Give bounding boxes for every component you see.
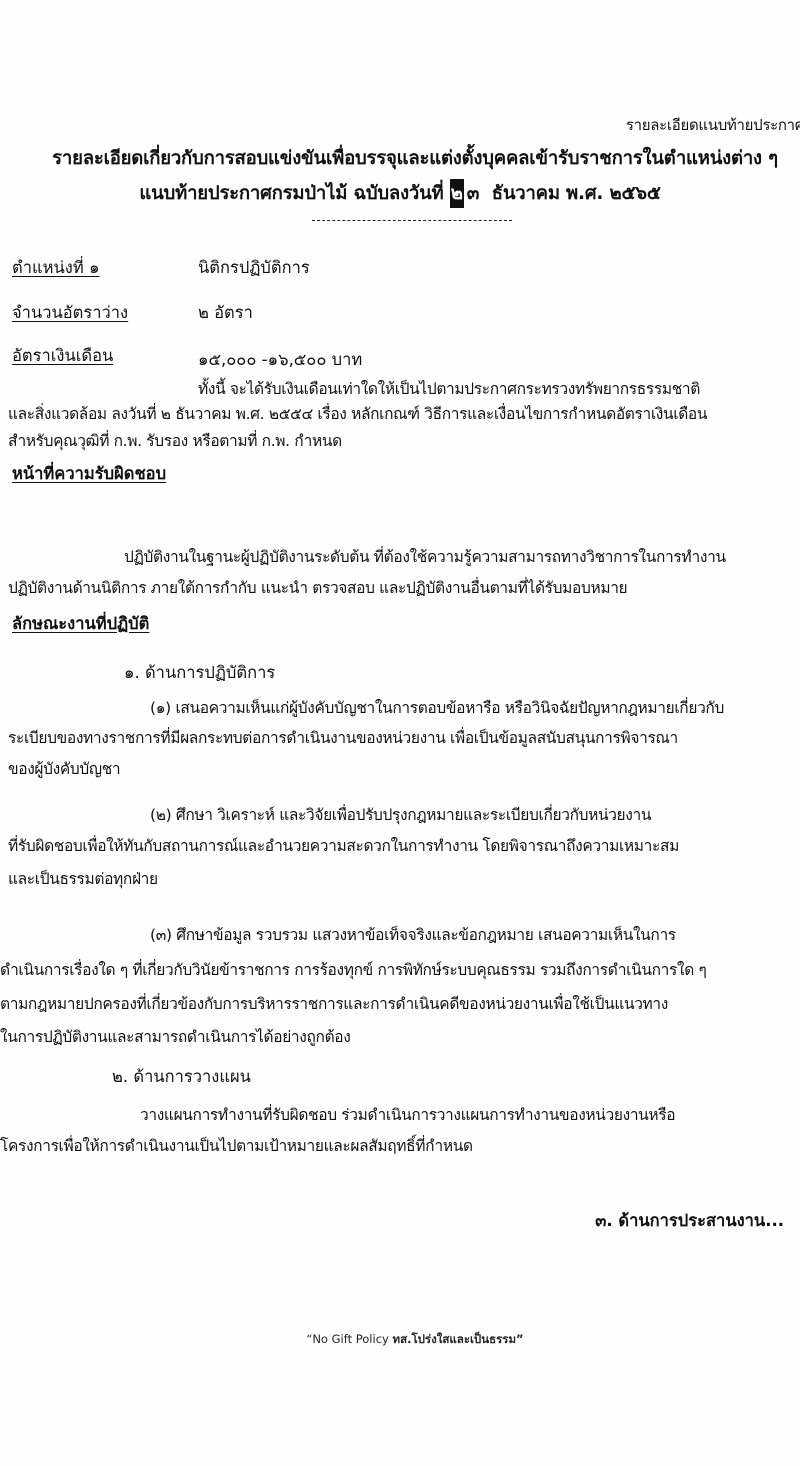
responsibilities-line-1: ปฏิบัติงานในฐานะผู้ปฏิบัติงานระดับต้น ที…: [124, 544, 726, 569]
footer-policy-en: “No Gift Policy: [306, 1332, 388, 1346]
vacancies-label: จำนวนอัตราว่าง: [12, 300, 128, 326]
operations-item-3-line-3: ตามกฎหมายปกครองที่เกี่ยวข้องกับการบริหาร…: [0, 991, 668, 1016]
job-characteristics-heading: ลักษณะงานที่ปฏิบัติ: [12, 611, 149, 637]
footer-policy: “No Gift Policy ทส.โปร่งใสและเป็นธรรม”: [0, 1331, 800, 1349]
salary-note-line-3: สำหรับคุณวุฒิที่ ก.พ. รับรอง หรือตามที่ …: [8, 428, 342, 453]
responsibilities-heading: หน้าที่ความรับผิดชอบ: [12, 461, 166, 487]
continuation-text: ๓. ด้านการประสานงาน...: [595, 1208, 784, 1234]
planning-line-1: วางแผนการทำงานที่รับผิดชอบ ร่วมดำเนินการ…: [140, 1102, 675, 1127]
title-divider: [312, 220, 512, 221]
position-value: นิติกรปฏิบัติการ: [198, 255, 310, 281]
section-planning-title: ๒. ด้านการวางแผน: [112, 1064, 251, 1090]
title-day: ๓: [467, 183, 479, 204]
operations-item-3-line-4: ในการปฏิบัติงานและสามารถดำเนินการได้อย่า…: [0, 1024, 350, 1049]
document-title-line-2: แนบท้ายประกาศกรมป่าไม้ ฉบับลงวันที่ ๒๓ ธ…: [20, 179, 780, 208]
operations-item-3-line-2: ดำเนินการเรื่องใด ๆ ที่เกี่ยวกับวินัยข้า…: [0, 957, 706, 982]
handwritten-day-mark: ๒: [450, 179, 464, 208]
operations-item-1-line-2: ระเบียบของทางราชการที่มีผลกระทบต่อการดำเ…: [8, 725, 678, 750]
title-prefix: แนบท้ายประกาศกรมป่าไม้ ฉบับลงวันที่: [139, 183, 443, 204]
operations-item-2-line-2: ที่รับผิดชอบเพื่อให้ทันกับสถานการณ์และอำ…: [8, 833, 679, 858]
title-suffix: ธันวาคม พ.ศ. ๒๕๖๕: [492, 183, 661, 204]
vacancies-value: ๒ อัตรา: [198, 300, 253, 326]
operations-item-3-line-1: (๓) ศึกษาข้อมูล รวบรวม แสวงหาข้อเท็จจริง…: [150, 922, 676, 947]
operations-item-1-line-3: ของผู้บังคับบัญชา: [8, 756, 120, 781]
operations-item-2-line-3: และเป็นธรรมต่อทุกฝ่าย: [8, 866, 158, 891]
reference-note: รายละเอียดแนบท้ายประกาศ: [626, 113, 800, 137]
salary-note-line-1: ทั้งนี้ จะได้รับเงินเดือนเท่าใดให้เป็นไป…: [198, 376, 700, 401]
operations-item-2-line-1: (๒) ศึกษา วิเคราะห์ และวิจัยเพื่อปรับปรุ…: [150, 802, 651, 827]
document-title-line-1: รายละเอียดเกี่ยวกับการสอบแข่งขันเพื่อบรร…: [35, 144, 795, 173]
document-page: รายละเอียดแนบท้ายประกาศ รายละเอียดเกี่ยว…: [0, 0, 800, 1466]
position-label: ตำแหน่งที่ ๑: [12, 255, 99, 281]
planning-line-2: โครงการเพื่อให้การดำเนินงานเป็นไปตามเป้า…: [0, 1133, 473, 1158]
footer-policy-th: ทส.โปร่งใสและเป็นธรรม”: [392, 1332, 523, 1346]
responsibilities-line-2: ปฏิบัติงานด้านนิติการ ภายใต้การกำกับ แนะ…: [8, 575, 627, 600]
salary-value: ๑๕,๐๐๐ -๑๖,๕๐๐ บาท: [198, 347, 362, 373]
operations-item-1-line-1: (๑) เสนอความเห็นแก่ผู้บังคับบัญชาในการตอ…: [150, 695, 724, 720]
salary-label: อัตราเงินเดือน: [12, 343, 113, 369]
section-operations-title: ๑. ด้านการปฏิบัติการ: [124, 660, 275, 686]
salary-note-line-2: และสิ่งแวดล้อม ลงวันที่ ๒ ธันวาคม พ.ศ. ๒…: [8, 401, 707, 426]
